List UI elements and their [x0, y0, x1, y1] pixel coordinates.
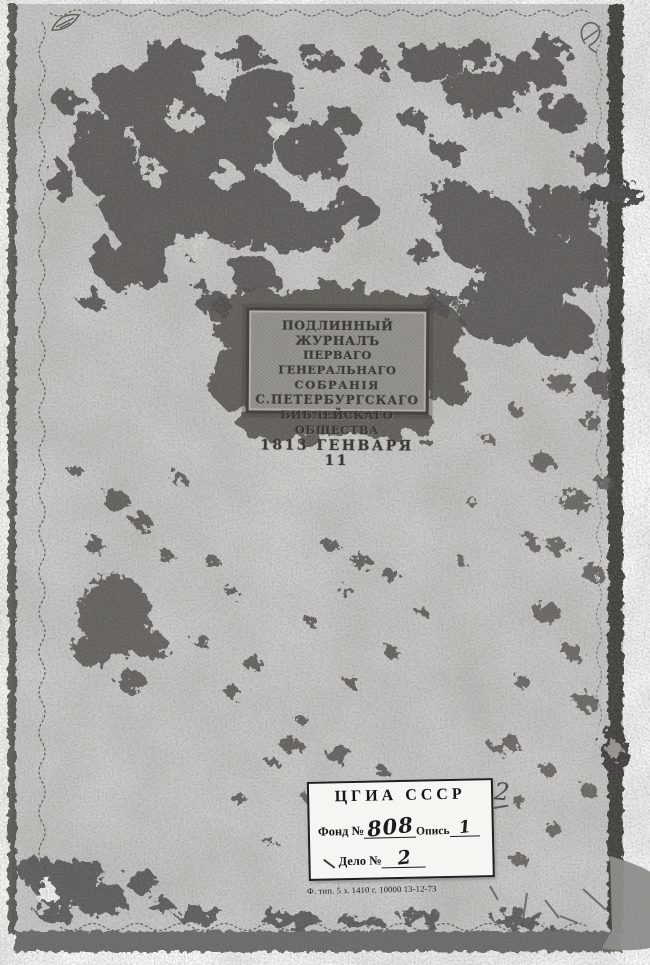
delo-value-handwritten: 2 — [396, 848, 411, 868]
plate-line: С.ПЕТЕРБУРГСКАГО — [249, 392, 426, 408]
book-cover-scan: ПОДЛИННЫЙ ЖУРНАЛЪ ПЕРВАГО ГЕНЕРАЛЬНАГО С… — [0, 0, 650, 965]
opis-label: Опись — [416, 825, 450, 838]
title-plate: ПОДЛИННЫЙ ЖУРНАЛЪ ПЕРВАГО ГЕНЕРАЛЬНАГО С… — [246, 307, 430, 414]
fond-value-underline: 808 — [364, 814, 416, 839]
opis-value-handwritten: 1 — [458, 819, 472, 837]
archive-stamp-label: ЦГИА СССР Фонд № 808 Опись 1 Дело № 2 Ф.… — [307, 778, 495, 896]
plate-line: СОБРАНІЯ — [249, 377, 426, 393]
plate-line: ПЕРВАГО ГЕНЕРАЛЬНАГО — [249, 347, 426, 378]
delo-row: Дело № 2 — [318, 845, 484, 869]
archive-stamp-box: ЦГИА СССР Фонд № 808 Опись 1 Дело № 2 — [307, 778, 495, 881]
plate-date-line: 1813 ГЕНВАРЯ 11 — [248, 438, 425, 469]
pencil-tick-mark — [323, 859, 335, 869]
opis-value-underline: 1 — [449, 817, 479, 837]
archive-org-name: ЦГИА СССР — [317, 785, 483, 806]
plate-line: ПОДЛИННЫЙ ЖУРНАЛЪ — [249, 317, 426, 348]
fond-label: Фонд № — [318, 824, 365, 840]
delo-label: Дело № — [338, 853, 382, 869]
pencil-page-number: 2 — [493, 779, 510, 806]
fond-value-handwritten: 808 — [366, 814, 415, 840]
delo-value-underline: 2 — [381, 846, 425, 868]
fond-row: Фонд № 808 Опись 1 — [318, 812, 484, 839]
plate-line: БИБЛЕЙСКАГО ОБЩЕСТВА — [248, 407, 425, 438]
